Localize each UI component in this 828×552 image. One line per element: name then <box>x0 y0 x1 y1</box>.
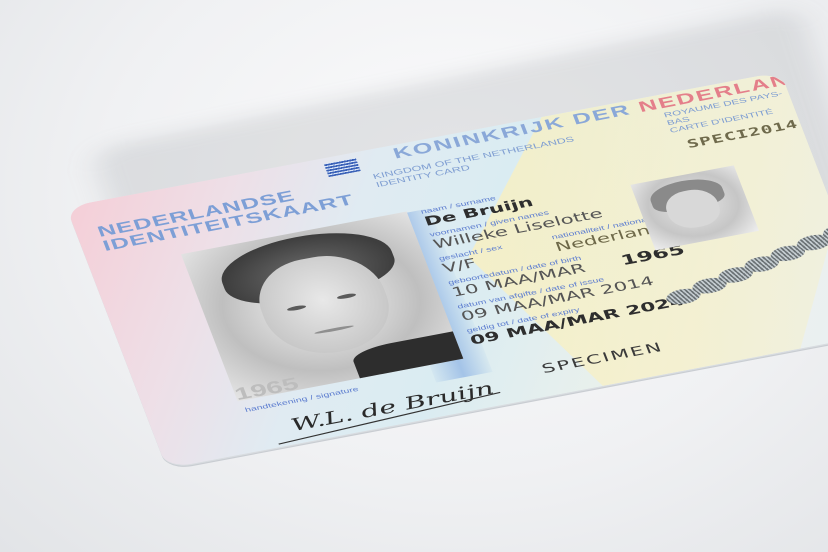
photo-eye-left <box>286 304 306 311</box>
dutch-crest-icon <box>324 158 361 177</box>
signature: W.L. de Bruijn <box>288 378 497 435</box>
photo-eye-right <box>336 293 356 300</box>
photo-mouth <box>314 325 355 335</box>
